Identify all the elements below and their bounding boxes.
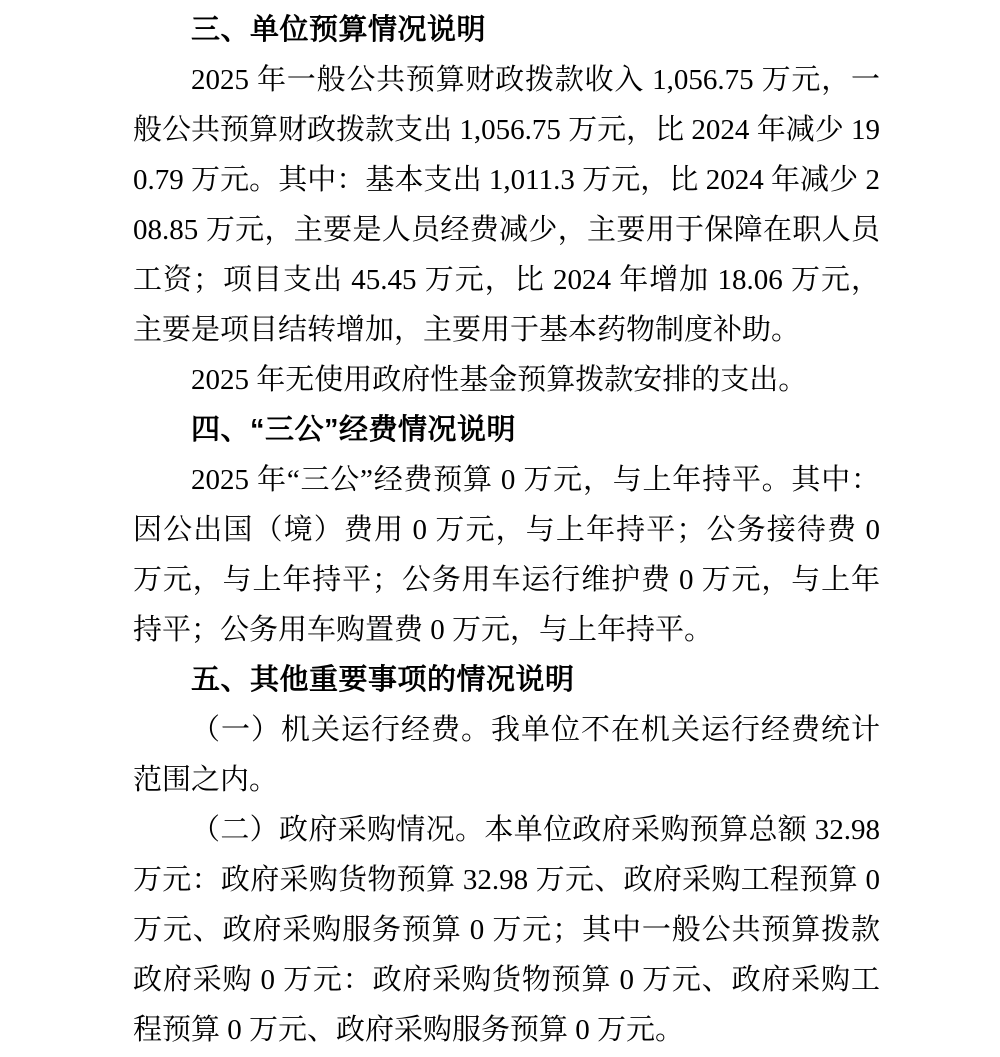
- paragraph-three-public-expenses: 2025 年“三公”经费预算 0 万元，与上年持平。其中：因公出国（境）费用 0…: [133, 455, 880, 655]
- paragraph-government-procurement: （二）政府采购情况。本单位政府采购预算总额 32.98 万元：政府采购货物预算 …: [133, 805, 880, 1055]
- paragraph-agency-operating-cost: （一）机关运行经费。我单位不在机关运行经费统计范围之内。: [133, 705, 880, 805]
- paragraph-budget-overview: 2025 年一般公共预算财政拨款收入 1,056.75 万元，一般公共预算财政拨…: [133, 55, 880, 355]
- document-page: 三、单位预算情况说明 2025 年一般公共预算财政拨款收入 1,056.75 万…: [0, 0, 1000, 1057]
- section-heading-other-important-matters: 五、其他重要事项的情况说明: [133, 655, 880, 705]
- section-heading-unit-budget: 三、单位预算情况说明: [133, 5, 880, 55]
- paragraph-gov-fund: 2025 年无使用政府性基金预算拨款安排的支出。: [133, 355, 880, 405]
- section-heading-three-public-expenses: 四、“三公”经费情况说明: [133, 405, 880, 455]
